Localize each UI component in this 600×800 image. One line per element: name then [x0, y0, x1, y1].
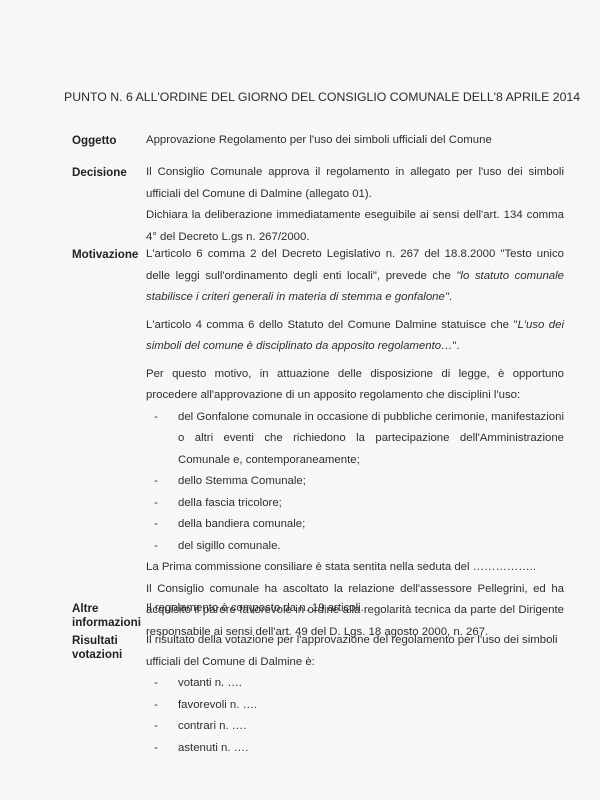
section-content: L'articolo 6 comma 2 del Decreto Legisla…	[146, 244, 564, 643]
list-item: della fascia tricolore;	[146, 493, 564, 515]
list-item: del sigillo comunale.	[146, 536, 564, 558]
altre-informazioni-text: Il regolamento è composto da n. 19 artic…	[146, 598, 564, 620]
symbols-list: del Gonfalone comunale in occasione di p…	[146, 407, 564, 558]
vote-results-list: votanti n. …. favorevoli n. …. contrari …	[146, 673, 564, 759]
section-label: Oggetto	[72, 134, 142, 148]
list-item: del Gonfalone comunale in occasione di p…	[146, 407, 564, 472]
decisione-paragraph: Dichiara la deliberazione immediatamente…	[146, 205, 564, 248]
section-label: Altre informazioni	[72, 602, 152, 630]
list-item: astenuti n. ….	[146, 738, 564, 760]
section-label: Decisione	[72, 166, 142, 180]
motivazione-paragraph: Per questo motivo, in attuazione delle d…	[146, 364, 564, 407]
document-title: PUNTO N. 6 ALL'ORDINE DEL GIORNO DEL CON…	[64, 90, 580, 104]
section-label: Motivazione	[72, 248, 142, 262]
decisione-paragraph: Il Consiglio Comunale approva il regolam…	[146, 162, 564, 205]
motivazione-paragraph: L'articolo 4 comma 6 dello Statuto del C…	[146, 315, 564, 358]
list-item: della bandiera comunale;	[146, 514, 564, 536]
list-item: favorevoli n. ….	[146, 695, 564, 717]
motivazione-paragraph: L'articolo 6 comma 2 del Decreto Legisla…	[146, 244, 564, 309]
section-content: Approvazione Regolamento per l'uso dei s…	[146, 130, 564, 152]
oggetto-text: Approvazione Regolamento per l'uso dei s…	[146, 130, 564, 152]
section-label: Risultati votazioni	[72, 634, 142, 662]
section-content: Il regolamento è composto da n. 19 artic…	[146, 598, 564, 620]
list-item: dello Stemma Comunale;	[146, 471, 564, 493]
list-item: contrari n. ….	[146, 716, 564, 738]
motivazione-paragraph: La Prima commissione consiliare è stata …	[146, 557, 564, 579]
section-content: Il risultato della votazione per l'appro…	[146, 630, 564, 759]
document-page: PUNTO N. 6 ALL'ORDINE DEL GIORNO DEL CON…	[0, 0, 600, 800]
section-content: Il Consiglio Comunale approva il regolam…	[146, 162, 564, 248]
list-item: votanti n. ….	[146, 673, 564, 695]
risultati-text: Il risultato della votazione per l'appro…	[146, 630, 564, 673]
